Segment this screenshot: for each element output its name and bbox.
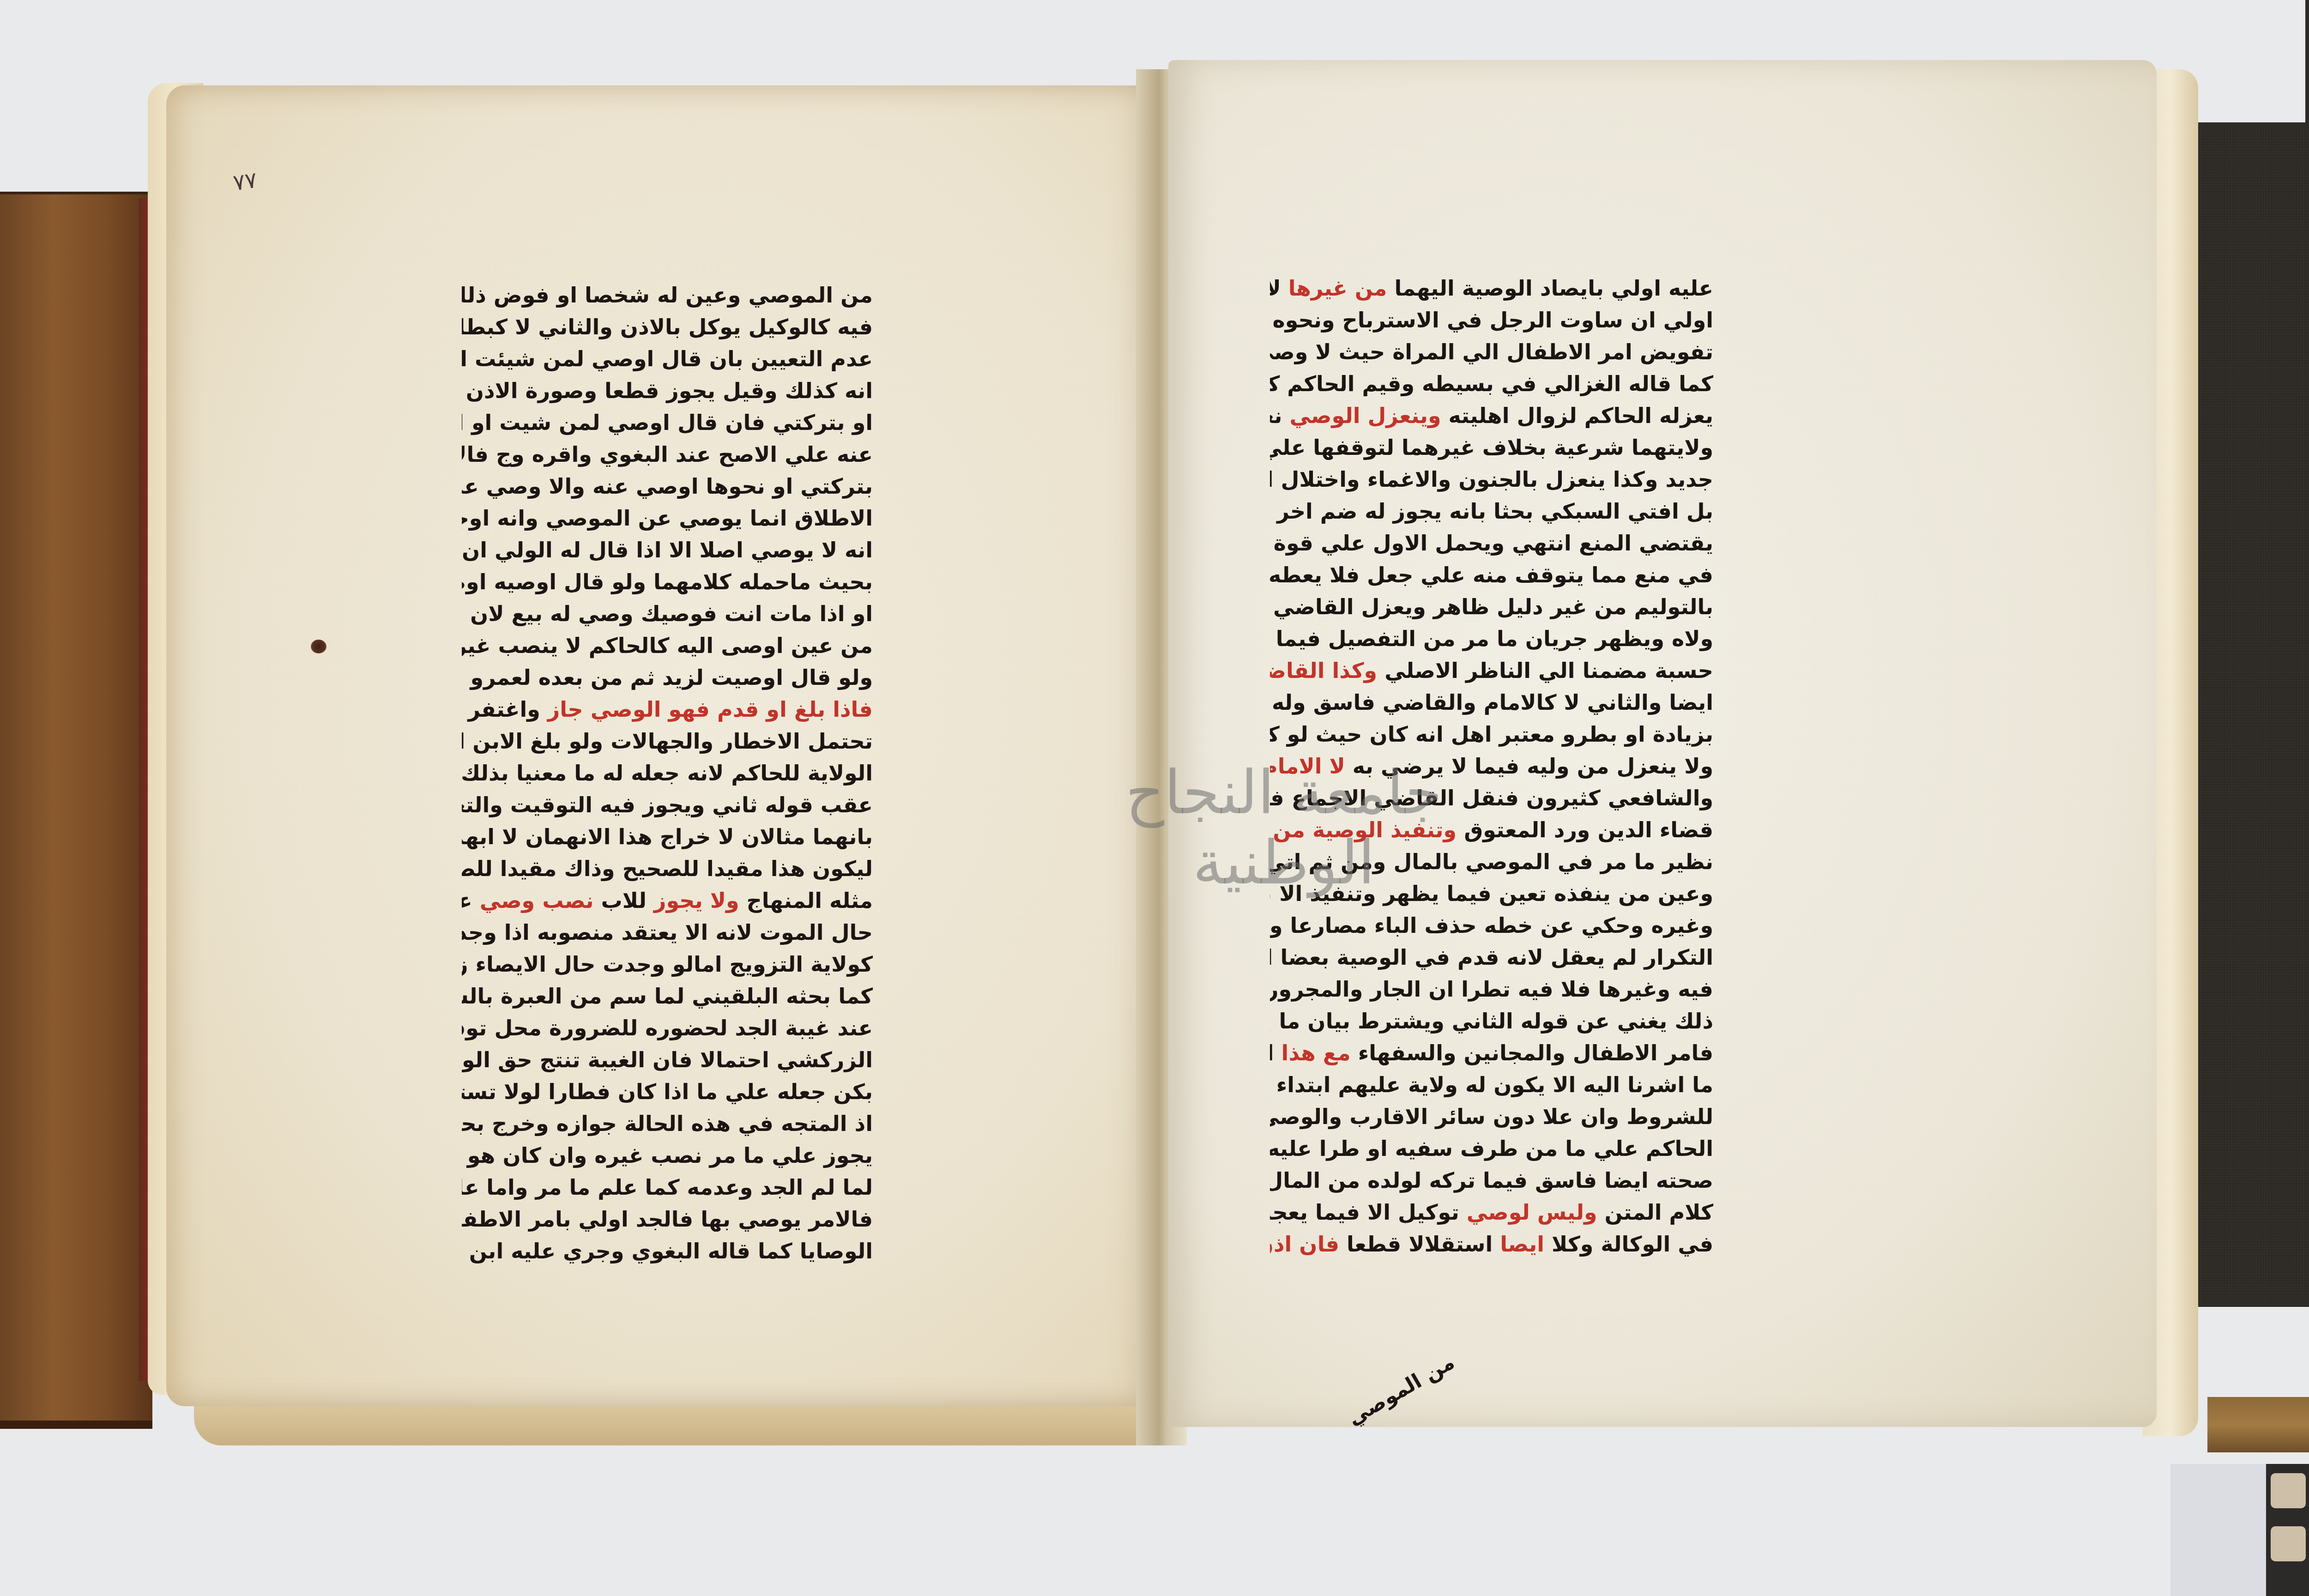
body-text: فيه كالوكيل يوكل بالاذن والثاني لا كبطلا…	[462, 314, 873, 339]
body-text: الاطلاق انما يوصي عن الموصي وانه اوجه مم…	[462, 506, 873, 531]
manuscript-line: التكرار لم يعقل لانه قدم في الوصية بعضا …	[1270, 942, 1713, 973]
body-text: انه كذلك وقيل يجوز قطعا وصورة الاذن ان ي…	[462, 378, 873, 403]
manuscript-line: من عين اوصى اليه كالحاكم لا ينصب غيره في…	[462, 630, 873, 662]
manuscript-line: عليه اولي بايصاد الوصية اليهما من غيرها …	[1270, 272, 1713, 304]
manuscript-line: فالامر يوصي بها فالجد اولي بامر الاطفال …	[462, 1203, 873, 1235]
body-text: فيه وغيرها فلا فيه تطرا ان الجار والمجرو…	[1270, 977, 1713, 1002]
left-page-text: من الموصي وعين له شخصا او فوض ذلك لشيئته…	[462, 279, 873, 1267]
manuscript-line: الزركشي احتمالا فان الغيبة تنتج حق الولا…	[462, 1044, 873, 1076]
body-text: ولاه ويظهر جريان ما مر من التفصيل فيما ع…	[1270, 626, 1713, 651]
manuscript-line: الولاية للحاكم لانه جعله له ما معنيا بذل…	[462, 757, 873, 789]
rubric-text: وليس لوصي	[1467, 1200, 1597, 1225]
body-text: الحاكم علي ما من طرف سفيه او طرا عليه ال…	[1270, 1136, 1713, 1161]
body-text: وغيره وحكي عن خطه حذف الباء مصارعا واديع…	[1270, 913, 1713, 938]
body-text: فالامر يوصي بها فالجد اولي بامر الاطفال …	[462, 1207, 873, 1232]
body-text: بزيادة او بطرو معتبر اهل انه كان حيث لو …	[1270, 722, 1713, 747]
manuscript-line: بتركتي او نحوها اوصي عنه والا وصي عن نفس…	[462, 471, 873, 502]
manuscript-line: تحتمل الاخطار والجهالات ولو بلغ الابن او…	[462, 725, 873, 757]
manuscript-line: كولاية التزويج امالو وجدت حال الايصاء زا…	[462, 949, 873, 980]
manuscript-line: يقتضي المنع انتهي ويحمل الاول علي قوة ال…	[1270, 527, 1713, 559]
manuscript-line: من الموصي وعين له شخصا او فوض ذلك لشيئته…	[462, 279, 873, 311]
manuscript-line: وغيره وحكي عن خطه حذف الباء مصارعا واديع…	[1270, 910, 1713, 942]
body-text: اذ المتجه في هذه الحالة جوازه وخرج بحال …	[462, 1111, 873, 1136]
manuscript-line: بانهما مثالان لا خراج هذا الانهمان لا اب…	[462, 821, 873, 853]
manuscript-line: عند غيبة الجد لحضوره للضرورة محل توقف ول…	[462, 1012, 873, 1044]
body-text: واغتفر فيه التاقيت والتعليق لان الوصية	[462, 697, 548, 722]
body-text: بحيث ماحمله كلامهما ولو قال اوصيه اوصيت …	[462, 569, 873, 594]
rubric-text: مع هذا	[1281, 1040, 1351, 1065]
body-text: اولي ان ساوت الرجل في الاسترباح ونحوه من…	[1270, 308, 1713, 332]
body-text: ولايتهما شرعية بخلاف غيرهما لتوقفها علي …	[1270, 435, 1713, 460]
body-text: عليه اولي بايصاد الوصية اليهما	[1387, 276, 1713, 301]
body-text: تحتمل الاخطار والجهالات ولو بلغ الابن او…	[462, 729, 873, 754]
body-text: في الوكالة وكلا	[1544, 1232, 1713, 1257]
body-text: للاب	[594, 888, 654, 913]
manuscript-line: ذلك يغني عن قوله الثاني ويشترط بيان ما ي…	[1270, 1005, 1713, 1037]
body-text: لما لم الجد وعدمه كما علم ما مر واما علي…	[462, 1175, 873, 1200]
library-watermark: جامعة النجاح الوطنية	[1062, 757, 1505, 840]
rubric-text: ولا يجوز	[654, 888, 739, 913]
body-text: ليكون هذا مقيدا للصحيح وذاك مقيدا للصريح…	[462, 856, 873, 881]
body-text: صحته ايضا فاسق فيما تركه لولده من المال …	[1270, 1168, 1713, 1193]
body-text: كلام المتن	[1597, 1200, 1713, 1225]
body-text: ما اشرنا اليه الا يكون له ولاية عليهم اب…	[1270, 1072, 1713, 1097]
body-text: الزركشي احتمالا فان الغيبة تنتج حق الولا…	[462, 1047, 873, 1072]
body-text: ايضا والثاني لا كالامام والقاضي فاسق وله…	[1270, 690, 1713, 715]
body-text: بتركتي او نحوها اوصي عنه والا وصي عن نفس…	[462, 474, 873, 499]
manuscript-line: حسبة مضمنا الي الناظر الاصلي وكذا القاضي…	[1270, 655, 1713, 687]
manuscript-line: بكن جعله علي ما اذا كان فطارا لولا تستول…	[462, 1076, 873, 1108]
manuscript-line: ولايتهما شرعية بخلاف غيرهما لتوقفها علي …	[1270, 432, 1713, 464]
body-text: بكن جعله علي ما اذا كان فطارا لولا تستول…	[462, 1079, 873, 1104]
body-text: كولاية التزويج امالو وجدت حال الايصاء زا…	[462, 952, 873, 977]
manuscript-line: انه لا يوصي اصلا الا اذا قال له الولي ان…	[462, 534, 873, 566]
body-text: يقتضي المنع انتهي ويحمل الاول علي قوة ال…	[1270, 531, 1713, 556]
manuscript-line: ما اشرنا اليه الا يكون له ولاية عليهم اب…	[1270, 1069, 1713, 1101]
body-text: المذكور من الحرية والتكليف وغيرهما	[1270, 1040, 1281, 1065]
folio-number: ٧٧	[231, 167, 259, 196]
ink-blot	[311, 640, 326, 653]
manuscript-line: انه كذلك وقيل يجوز قطعا وصورة الاذن ان ي…	[462, 375, 873, 407]
manuscript-line: الوصايا كما قاله البغوي وجري عليه ابن ال…	[462, 1235, 873, 1267]
manuscript-line: فيه كالوكيل يوكل بالاذن والثاني لا كبطلا…	[462, 311, 873, 343]
manuscript-line: بزيادة او بطرو معتبر اهل انه كان حيث لو …	[1270, 719, 1713, 750]
manuscript-line: اذ المتجه في هذه الحالة جوازه وخرج بحال …	[462, 1108, 873, 1140]
body-text: في منع مما يتوقف منه علي جعل فلا يعطه ال…	[1270, 562, 1713, 587]
manuscript-line: عقب قوله ثاني ويجوز فيه التوقيت والتعليق…	[462, 789, 873, 821]
body-text: كما قاله الغزالي في بسيطه وقيم الحاكم كا…	[1270, 371, 1713, 396]
body-text: من عين اوصى اليه كالحاكم لا ينصب غيره في…	[462, 633, 873, 658]
manuscript-line: عدم التعيين بان قال اوصي لمن شيئت اما اذ…	[462, 343, 873, 375]
manuscript-line: بالتوليم من غير دليل ظاهر ويعزل القاضي ن…	[1270, 591, 1713, 623]
manuscript-line: فيه وغيرها فلا فيه تطرا ان الجار والمجرو…	[1270, 973, 1713, 1005]
body-text: ولو قال اوصيت لزيد ثم من بعده لعمرو او ا…	[462, 665, 873, 690]
manuscript-line: او اذا مات انت فوصيك وصي له بيع لان المو…	[462, 598, 873, 630]
body-text: انه لا يوصي اصلا الا اذا قال له الولي ان…	[462, 538, 873, 562]
manuscript-line: كما قاله الغزالي في بسيطه وقيم الحاكم كا…	[1270, 368, 1713, 400]
manuscript-line: في الوكالة وكلا ايصا استقلالا قطعا فان ا…	[1270, 1228, 1713, 1260]
manuscript-line: جديد وكذا ينعزل بالجنون والاغماء واختلال…	[1270, 464, 1713, 496]
body-text: تفويض امر الاطفال الي المراة حيث لا وصي …	[1270, 339, 1713, 364]
manuscript-line: لما لم الجد وعدمه كما علم ما مر واما علي…	[462, 1172, 873, 1203]
manuscript-line: فاذا بلغ او قدم فهو الوصي جاز واغتفر فيه…	[462, 694, 873, 725]
scale-bar-top	[2305, 0, 2309, 122]
manuscript-line: الحاكم علي ما من طرف سفيه او طرا عليه ال…	[1270, 1133, 1713, 1165]
manuscript-line: بل افتي السبكي بحثا بانه يجوز له ضم اخر …	[1270, 496, 1713, 527]
manuscript-line: تفويض امر الاطفال الي المراة حيث لا وصي …	[1270, 336, 1713, 368]
scale-bar-bottom	[2266, 1464, 2309, 1596]
rubric-text: وينعزل الوصي	[1290, 403, 1441, 428]
body-text: عقب قوله ثاني ويجوز فيه التوقيت والتعليق…	[462, 792, 873, 817]
manuscript-line: او بتركتي فان قال اوصي لمن شيت او الي فل…	[462, 407, 873, 439]
body-text: يجوز علي ما مر نصب غيره وان كان هو بصفة …	[462, 1143, 873, 1168]
manuscript-line: ليكون هذا مقيدا للصحيح وذاك مقيدا للصريح…	[462, 853, 873, 885]
body-text: جديد وكذا ينعزل بالجنون والاغماء واختلال…	[1270, 467, 1713, 492]
rubric-text: نصب وصي	[480, 888, 594, 913]
manuscript-line: حال الموت لانه الا يعتقد منصوبه اذا وجد …	[462, 917, 873, 949]
manuscript-line: ايضا والثاني لا كالامام والقاضي فاسق وله…	[1270, 687, 1713, 719]
manuscript-line: يعزله الحاكم لزوال اهليته وينعزل الوصي ن…	[1270, 400, 1713, 432]
body-text: كما بحثه البلقيني لما سم من العبرة بالشر…	[462, 984, 873, 1009]
body-text: من الموصي وعين له شخصا او فوض ذلك لشيئته…	[462, 283, 873, 308]
right-book-cover	[2191, 122, 2309, 1307]
rubric-text: فان اذن له	[1270, 1232, 1339, 1257]
body-text: بل افتي السبكي بحثا بانه يجوز له ضم اخر …	[1270, 499, 1713, 524]
manuscript-line: ولاه ويظهر جريان ما مر من التفصيل فيما ع…	[1270, 623, 1713, 655]
white-label-card	[2170, 1464, 2266, 1596]
rubric-text: فاذا بلغ او قدم فهو الوصي جاز	[548, 697, 873, 722]
body-text: حسبة مضمنا الي الناظر الاصلي	[1377, 658, 1713, 683]
body-text: التكرار لم يعقل لانه قدم في الوصية بعضا …	[1270, 945, 1713, 970]
manuscript-line: كلام المتن وليس لوصي توكيل الا فيما يعجز…	[1270, 1197, 1713, 1228]
manuscript-line: مثله المنهاج ولا يجوز للاب نصب وصي علي ا…	[462, 885, 873, 917]
manuscript-line: يجوز علي ما مر نصب غيره وان كان هو بصفة …	[462, 1140, 873, 1172]
manuscript-line: اولي ان ساوت الرجل في الاسترباح ونحوه من…	[1270, 304, 1713, 336]
body-text: عند غيبة الجد لحضوره للضرورة محل توقف ول…	[462, 1016, 873, 1040]
body-text: عدم التعيين بان قال اوصي لمن شيئت اما اذ…	[462, 346, 873, 371]
body-text: او اذا مات انت فوصيك وصي له بيع لان المو…	[462, 601, 873, 626]
body-text: فامر الاطفال والمجانين والسفهاء	[1351, 1040, 1713, 1065]
manuscript-line: فامر الاطفال والمجانين والسفهاء مع هذا ا…	[1270, 1037, 1713, 1069]
manuscript-line: كما بحثه البلقيني لما سم من العبرة بالشر…	[462, 980, 873, 1012]
body-text: عنه علي الاصح عند البغوي واقره وج فالاصل…	[462, 442, 873, 467]
manuscript-line: للشروط وان علا دون سائر الاقارب والوصي و…	[1270, 1101, 1713, 1133]
body-text: يعزله الحاكم لزوال اهليته	[1441, 403, 1713, 428]
body-text: ذلك يغني عن قوله الثاني ويشترط بيان ما ي…	[1270, 1009, 1713, 1034]
body-text: نعم تعود ولاية الاب والجد بعود العدالة ل…	[1270, 403, 1290, 428]
body-text: الولاية للحاكم لانه جعله له ما معنيا بذل…	[462, 761, 873, 786]
body-text: الوصايا كما قاله البغوي وجري عليه ابن ال…	[462, 1239, 873, 1263]
rubric-text: ايصا	[1500, 1232, 1544, 1257]
body-text: لانها اشفق عليهم وانما يظهر كونها	[1270, 276, 1288, 301]
manuscript-line: صحته ايضا فاسق فيما تركه لولده من المال …	[1270, 1165, 1713, 1197]
body-text: استقلالا قطعا	[1339, 1232, 1500, 1257]
body-text: حال الموت لانه الا يعتقد منصوبه اذا وجد …	[462, 920, 873, 945]
right-cover-bottom-edge	[2207, 1397, 2309, 1452]
manuscript-line: في منع مما يتوقف منه علي جعل فلا يعطه ال…	[1270, 559, 1713, 591]
manuscript-line: عنه علي الاصح عند البغوي واقره وج فالاصل…	[462, 439, 873, 471]
body-text: للشروط وان علا دون سائر الاقارب والوصي و…	[1270, 1104, 1713, 1129]
manuscript-line: الاطلاق انما يوصي عن الموصي وانه اوجه مم…	[462, 502, 873, 534]
body-text: علي الاولاد	[462, 888, 480, 913]
body-text: بالتوليم من غير دليل ظاهر ويعزل القاضي ن…	[1270, 594, 1713, 619]
body-text: توكيل الا فيما يعجز عنه او لا يليق به فع…	[1270, 1200, 1467, 1225]
manuscript-line: بحيث ماحمله كلامهما ولو قال اوصيه اوصيت …	[462, 566, 873, 598]
rubric-text: وكذا القاضي	[1270, 658, 1377, 683]
manuscript-line: ولو قال اوصيت لزيد ثم من بعده لعمرو او ا…	[462, 662, 873, 694]
body-text: مثله المنهاج	[739, 888, 873, 913]
body-text: بانهما مثالان لا خراج هذا الانهمان لا اب…	[462, 824, 873, 849]
rubric-text: من غيرها	[1288, 276, 1387, 301]
left-book-cover	[0, 192, 152, 1429]
body-text: او بتركتي فان قال اوصي لمن شيت او الي فل…	[462, 410, 873, 435]
